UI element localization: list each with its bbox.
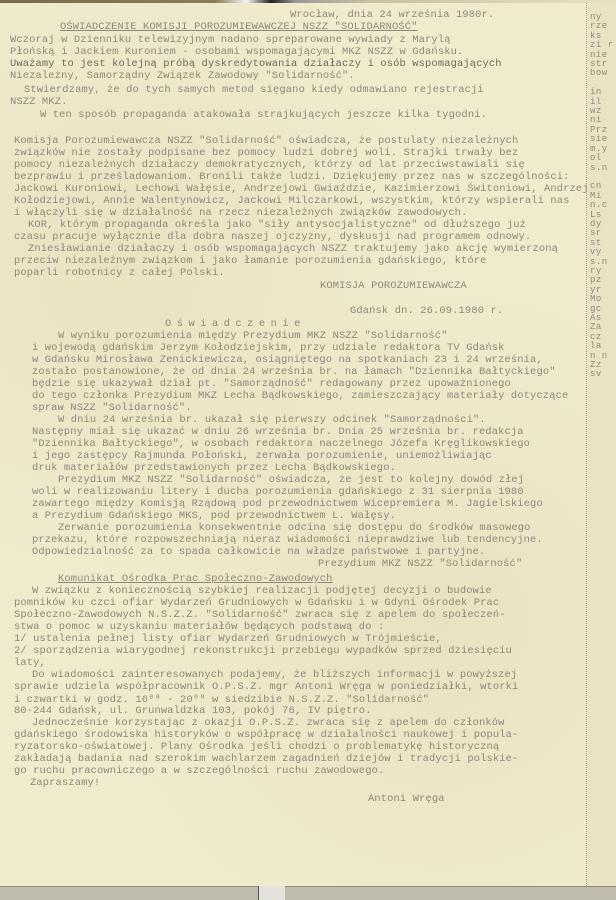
section2-signature: KOMISJA POROZUMIEWAWCZA — [320, 280, 467, 292]
text-line: stwa o pomoc w uzyskaniu materiałów będą… — [14, 621, 384, 633]
text-line: go ruchu pracowniczego a w szczególności… — [14, 765, 384, 777]
text-line: i włączyli się w działalność na rzecz ni… — [14, 207, 467, 219]
text-line: Jackowi Kuroniowi, Lechowi Wałęsie, Andr… — [14, 183, 608, 195]
section1-title: OŚWIADCZENIE KOMISJI POROZUMIEWAWCZEJ NS… — [60, 21, 418, 33]
text-line: W ten sposób propaganda atakowała strajk… — [40, 109, 487, 121]
text-line: Niezależny, Samorządny Związek Zawodowy … — [10, 70, 355, 82]
text-line: Uważamy to jest kolejną próbą dyskredyto… — [10, 58, 502, 70]
text-line: laty, — [14, 657, 46, 669]
text-line: i jego zastępcy Rajmunda Połoński, zerwa… — [32, 450, 492, 462]
text-line: Kołodziejowi, Annie Walentynowicz, Jacko… — [14, 195, 570, 207]
scan-bottom-edge — [0, 886, 616, 900]
text-line: W związku z koniecznością szybkiej reali… — [32, 585, 492, 597]
header-date: Wrocław, dnia 24 września 1980r. — [290, 9, 494, 21]
text-line: pomocy niezależnych działaczy demokratyc… — [14, 159, 525, 171]
text-line: zakładają badania nad szerokim wachlarze… — [14, 753, 518, 765]
text-line: 1/ ustalenia pełnej listy ofiar Wydarzeń… — [14, 633, 442, 645]
text-line: Następny miał się ukazać w dniu 26 wrześ… — [32, 426, 524, 438]
text-line: Jednocześnie korzystając z okazji O.P.S.… — [32, 717, 505, 729]
adjacent-page-strip: nyrzekszi rniestrbow inilwzniPrzsiem.yol… — [588, 3, 616, 886]
text-line: poparli robotnicy z całej Polski. — [14, 267, 225, 279]
text-line: NSZZ MKZ. — [10, 96, 67, 108]
text-line: w Gdańsku Mirosława Zenickiewicza, osiąg… — [32, 354, 543, 366]
section3-date: Gdańsk dn. 26.09.1980 r. — [350, 305, 503, 317]
text-line: będzie się ukazywał dział pt. "Samorządn… — [32, 378, 511, 390]
text-line: ryzatorsko-oświatowej. Plany Ośrodka jeś… — [14, 741, 499, 753]
section4-title: Komunikat Ośrodka Prac Społeczno-Zawodow… — [58, 573, 333, 585]
text-line: czasu pracuje wyłącznie dla dobra naszej… — [14, 231, 531, 243]
text-line: Społeczno-Zawodowych N.S.Z.Z. "Solidarno… — [14, 609, 506, 621]
text-line: Stwierdzamy, że do tych samych metod się… — [24, 84, 484, 96]
adjacent-page-fragment: sv — [588, 370, 616, 379]
text-line: KOR, którym propaganda określa jako "sił… — [28, 219, 526, 231]
text-line: spraw NSZZ "Solidarność". — [32, 402, 192, 414]
text-line: Prezydium MKZ NSZZ "Solidarność" oświadc… — [58, 474, 524, 486]
text-line: "Dziennika Bałtyckiego", w osobach redak… — [32, 438, 530, 450]
text-line: Wczoraj w Dzienniku telewizyjnym nadano … — [10, 34, 451, 46]
text-line: Odpowiedzialność za to spada całkowicie … — [32, 546, 485, 558]
text-line: W dniu 24 września br. ukazał się pierws… — [58, 414, 486, 426]
section3-signature: Prezydium MKZ NSZZ "Solidarność" — [318, 558, 522, 570]
text-line: Zerwanie porozumienia konsekwentnie odci… — [58, 522, 531, 534]
text-line: Komisja Porozumiewawcza NSZZ "Solidarnoś… — [14, 135, 518, 147]
text-line: druk materiałów przedstawionych przez Le… — [32, 462, 396, 474]
text-line: Do wiadomości zainteresowanych podajemy,… — [32, 669, 517, 681]
text-line: pomników ku czci ofiar Wydarzeń Grudniow… — [14, 597, 499, 609]
text-line: związków nie zostały podpisane bez pomoc… — [14, 147, 518, 159]
section3-title: Oświadczenie — [165, 318, 306, 330]
text-line: gdańskiego środowiska historyków o współ… — [14, 729, 518, 741]
text-line: przekazu, które rozpowszechniają nieraz … — [32, 534, 543, 546]
scan-bottom-notch — [258, 886, 285, 900]
section4-signature: Antoni Wręga — [368, 793, 445, 805]
text-line: i wojewodą gdańskim Jerzym Kołodziejskim… — [32, 342, 505, 354]
text-line: 80-244 Gdańsk, ul. Grunwaldzka 103, pokó… — [14, 705, 372, 717]
text-line: zostało postanowione, że od dnia 24 wrze… — [32, 366, 556, 378]
text-line: Płońską i Jackiem Kuroniem - osobami wsp… — [10, 46, 463, 58]
text-line: W wyniku porozumienia między Prezydium M… — [58, 330, 448, 342]
text-line: przeciw niezależnym związkom i jako łama… — [14, 255, 487, 267]
text-line: 2/ sporządzenia wiarygodnej rekonstrukcj… — [14, 645, 512, 657]
text-line: Zniesławianie działaczy i osób wspomagaj… — [28, 243, 558, 255]
text-line: woli w realizowaniu litery i ducha poroz… — [32, 486, 524, 498]
text-line: zawartego między Komisją Rządową pod prz… — [32, 498, 543, 510]
document-page: Wrocław, dnia 24 września 1980r. OŚWIADC… — [0, 3, 586, 886]
text-line: a Prezydium Gdańskiego MKS, pod przewodn… — [32, 510, 396, 522]
text-line: Zapraszamy! — [30, 777, 100, 789]
text-line: bezprawiu i prześladowaniom. Bronili tak… — [14, 171, 570, 183]
text-line: do tego członka Prezydium MKZ Lecha Bądk… — [32, 390, 568, 402]
text-line: sprawie udziela współpracownik O.P.S.Z. … — [14, 681, 518, 693]
